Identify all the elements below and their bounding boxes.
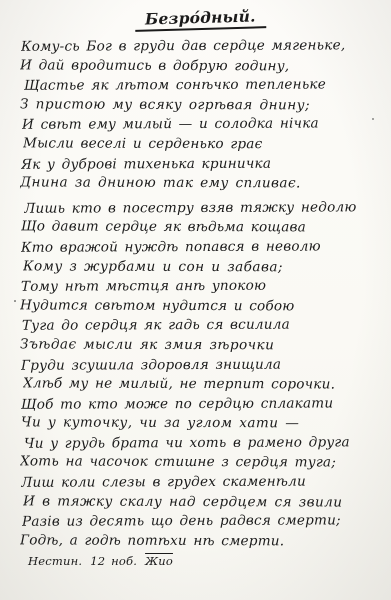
poem-line: И в тяжку скалу над сердцем ся звили — [23, 492, 381, 513]
poem-line: Нудится свѣтом нудится и собою — [20, 296, 381, 317]
poem-line: Що давит сердце як вѣдьма кощава — [21, 218, 381, 239]
poem-title: Безро́дный. — [135, 6, 266, 32]
poem-line: Лишь кто в посестру взяв тяжку недолю — [24, 198, 382, 219]
poem-line: Лиш коли слезы в грудех скаменѣли — [21, 472, 382, 493]
signature-date: 12 ноб. — [90, 554, 137, 568]
ink-speck — [14, 300, 16, 302]
signature-row: Нестин. 12 ноб. Жио — [28, 554, 381, 568]
signature-name: Нестин. — [28, 554, 82, 568]
poem-line: Годѣ, а годѣ потѣхи нѣ смерти. — [20, 531, 381, 552]
ink-speck — [372, 118, 374, 120]
poem-line: З пристою му всяку огрѣвая днину; — [20, 95, 381, 116]
poem-line: Груди зсушила здоровля знищила — [21, 355, 382, 376]
poem-line: Кому з журбами и сон и забава; — [23, 257, 381, 278]
poem-line: Чи у грудь брата чи хоть в рамено друга — [24, 433, 382, 454]
poem-line: Тому нѣт мѣстця анѣ упокою — [21, 276, 382, 297]
poem-line: Днина за дниною так ему спливає. — [20, 174, 381, 195]
poem-body: Кому-сь Бог в груди дав сердце мягеньке,… — [20, 37, 381, 551]
title-row: Безро́дный. — [20, 8, 381, 30]
poem-line: Кому-сь Бог в груди дав сердце мягеньке, — [21, 36, 382, 57]
manuscript-page: Безро́дный. Кому-сь Бог в груди дав серд… — [0, 0, 391, 600]
poem-line: Як у дуброві тихенька криничка — [21, 154, 382, 175]
poem-line: И свѣт ему милый — и солодка нічка — [22, 115, 382, 136]
poem-line: Чи у куточку, чи за углом хати — — [21, 414, 381, 435]
signature-place: Жио — [145, 554, 173, 568]
poem-line: Хоть на часочок стишне з сердця туга; — [20, 453, 381, 474]
poem-line: Хлѣб му не милый, не терпит сорочки. — [23, 374, 381, 395]
poem-line: Разів из десять що день радвся смерти; — [22, 511, 382, 532]
poem-line: Кто вражой нуждѣ попався в неволю — [21, 237, 382, 258]
poem-line: Щоб то кто може по сердцю сплакати — [21, 394, 382, 415]
poem-line: Зъѣдає мысли як змия зѣрочки — [20, 335, 381, 356]
poem-line: Щастье як лѣтом сонѣчко тепленьке — [24, 75, 382, 96]
poem-line: И дай вродитись в добрую годину, — [20, 56, 381, 77]
poem-line: Мысли веселі и серденько грає — [23, 134, 381, 155]
poem-line: Туга до сердця як гадь ся всилила — [22, 316, 382, 337]
